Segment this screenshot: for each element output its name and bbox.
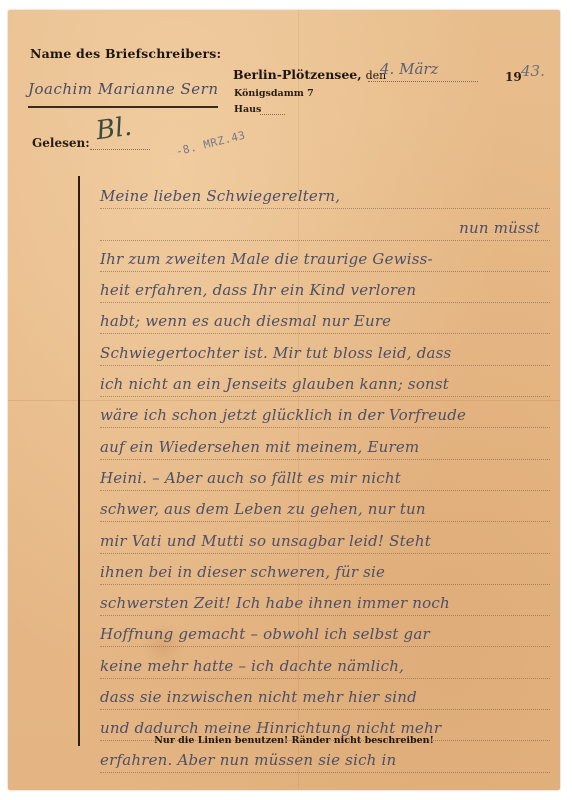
ruled-line: ihnen bei in dieser schweren, für sie (100, 554, 550, 585)
ruled-line: schwersten Zeit! Ich habe ihnen immer no… (100, 585, 550, 616)
letter-line: Schwiegertochter ist. Mir tut bloss leid… (100, 344, 451, 362)
letter-line: Heini. – Aber auch so fällt es mir nicht (100, 469, 401, 487)
ruled-line: nun müsst (100, 209, 550, 240)
letter-line: mir Vati und Mutti so unsagbar leid! Ste… (100, 532, 431, 550)
ruled-line: Hoffnung gemacht – obwohl ich selbst gar (100, 616, 550, 647)
ruled-line: habt; wenn es auch diesmal nur Eure (100, 303, 550, 334)
read-field-line (90, 149, 150, 150)
ruled-line: schwer, aus dem Leben zu gehen, nur tun (100, 491, 550, 522)
year-handwritten: 43. (521, 62, 545, 80)
letter-line: auf ein Wiedersehen mit meinem, Eurem (100, 438, 419, 456)
letter-line: wäre ich schon jetzt glücklich in der Vo… (100, 406, 466, 424)
letter-body: Meine lieben Schwiegereltern, nun müsst … (100, 178, 550, 773)
house-field-line (260, 114, 285, 115)
place-and-date-header: Berlin-Plötzensee,den (233, 67, 386, 82)
read-label: Gelesen: (32, 136, 90, 150)
letter-line: schwersten Zeit! Ich habe ihnen immer no… (100, 594, 450, 612)
ruled-line: mir Vati und Mutti so unsagbar leid! Ste… (100, 522, 550, 553)
date-field-line (368, 81, 478, 82)
date-handwritten: 4. März (380, 60, 438, 78)
ruled-line: Meine lieben Schwiegereltern, (100, 178, 550, 209)
letter-line: dass sie inzwischen nicht mehr hier sind (100, 688, 417, 706)
letter-line: ich nicht an ein Jenseits glauben kann; … (100, 375, 449, 393)
letter-line: keine mehr hatte – ich dachte nämlich, (100, 657, 404, 675)
year-printed: 19 (505, 70, 522, 84)
place-name: Berlin-Plötzensee, (233, 67, 362, 82)
ruled-line: wäre ich schon jetzt glücklich in der Vo… (100, 397, 550, 428)
ruled-line: Ihr zum zweiten Male die traurige Gewiss… (100, 241, 550, 272)
ruled-line: auf ein Wiedersehen mit meinem, Eurem (100, 428, 550, 459)
censor-date-stamp: -8. MRZ.43 (174, 129, 246, 159)
ruled-line: Schwiegertochter ist. Mir tut bloss leid… (100, 334, 550, 365)
ruled-line: dass sie inzwischen nicht mehr hier sind (100, 679, 550, 710)
letter-line: heit erfahren, dass Ihr ein Kind verlore… (100, 281, 416, 299)
ruled-line: heit erfahren, dass Ihr ein Kind verlore… (100, 272, 550, 303)
writer-name-underline (28, 106, 218, 108)
street-address: Königsdamm 7 (234, 88, 314, 99)
writer-name: Joachim Marianne Sern (28, 80, 219, 98)
letter-line: schwer, aus dem Leben zu gehen, nur tun (100, 500, 426, 518)
letter-line: habt; wenn es auch diesmal nur Eure (100, 312, 391, 330)
letter-paper: Name des Briefschreibers: Joachim Marian… (8, 10, 560, 790)
ruled-line: erfahren. Aber nun müssen sie sich in (100, 741, 550, 772)
letter-line: nun müsst (459, 219, 540, 237)
writer-label: Name des Briefschreibers: (30, 46, 221, 61)
letter-line: Meine lieben Schwiegereltern, (100, 187, 340, 205)
letter-line: erfahren. Aber nun müssen sie sich in (100, 751, 396, 769)
footer-instruction: Nur die Linien benutzen! Ränder nicht be… (8, 735, 560, 746)
censor-initials: Bl. (94, 112, 134, 147)
ruled-line: ich nicht an ein Jenseits glauben kann; … (100, 366, 550, 397)
ruled-line: Heini. – Aber auch so fällt es mir nicht (100, 460, 550, 491)
letter-line: ihnen bei in dieser schweren, für sie (100, 563, 385, 581)
house-label: Haus (234, 104, 261, 115)
letter-line: Ihr zum zweiten Male die traurige Gewiss… (100, 250, 433, 268)
ruled-line: keine mehr hatte – ich dachte nämlich, (100, 647, 550, 678)
margin-rule (78, 176, 80, 746)
letter-line: Hoffnung gemacht – obwohl ich selbst gar (100, 625, 430, 643)
